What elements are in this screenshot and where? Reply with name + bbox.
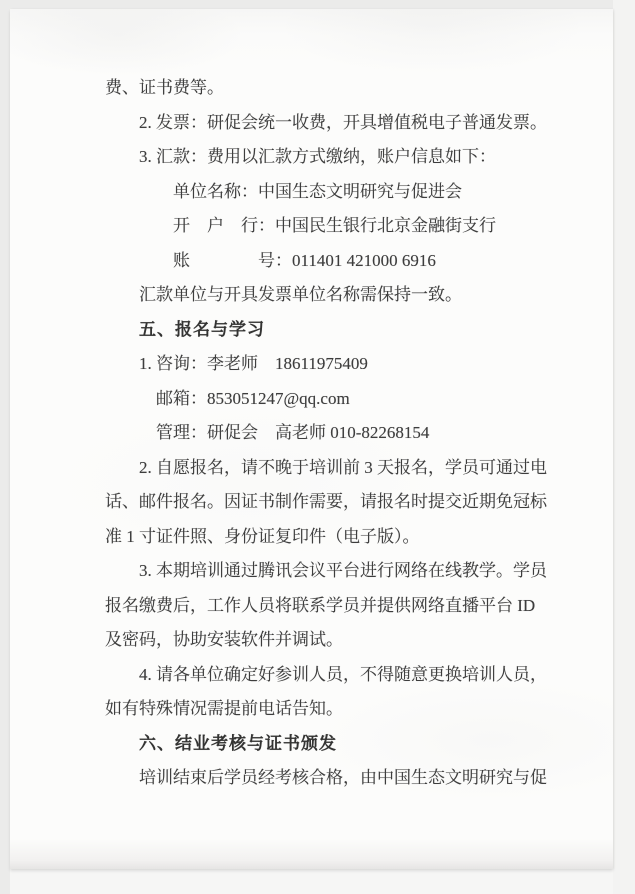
text-line: 单位名称：中国生态文明研究与促进会 bbox=[105, 175, 565, 210]
text-line: 2. 自愿报名，请不晚于培训前 3 天报名，学员可通过电 bbox=[105, 451, 565, 486]
text-line: 培训结束后学员经考核合格，由中国生态文明研究与促 bbox=[105, 761, 565, 796]
page-right-gap bbox=[613, 0, 635, 894]
text-line: 3. 本期培训通过腾讯会议平台进行网络在线教学。学员 bbox=[105, 554, 565, 589]
section-heading: 六、结业考核与证书颁发 bbox=[105, 727, 565, 762]
text-line: 1. 咨询：李老师 18611975409 bbox=[105, 347, 565, 382]
text-line: 开 户 行：中国民生银行北京金融街支行 bbox=[105, 209, 565, 244]
text-line: 账 号：011401 421000 6916 bbox=[105, 244, 565, 279]
text-line: 准 1 寸证件照、身份证复印件（电子版）。 bbox=[105, 520, 565, 555]
screenshot-root: { "viewer": { "outer_background": "#ebeb… bbox=[0, 0, 635, 894]
section-heading: 五、报名与学习 bbox=[105, 313, 565, 348]
page-bottom-gap bbox=[10, 869, 613, 894]
text-line: 及密码，协助安装软件并调试。 bbox=[105, 623, 565, 658]
text-line: 费、证书费等。 bbox=[105, 71, 565, 106]
document-viewer-background: 费、证书费等。2. 发票：研促会统一收费，开具增值税电子普通发票。3. 汇款：费… bbox=[0, 0, 635, 894]
text-line: 4. 请各单位确定好参训人员，不得随意更换培训人员， bbox=[105, 658, 565, 693]
document-text-block: 费、证书费等。2. 发票：研促会统一收费，开具增值税电子普通发票。3. 汇款：费… bbox=[105, 71, 565, 796]
text-line: 报名缴费后，工作人员将联系学员并提供网络直播平台 ID bbox=[105, 589, 565, 624]
text-line: 邮箱：853051247@qq.com bbox=[105, 382, 565, 417]
text-line: 管理：研促会 高老师 010-82268154 bbox=[105, 416, 565, 451]
text-line: 3. 汇款：费用以汇款方式缴纳，账户信息如下： bbox=[105, 140, 565, 175]
document-page: 费、证书费等。2. 发票：研促会统一收费，开具增值税电子普通发票。3. 汇款：费… bbox=[10, 9, 613, 869]
text-line: 2. 发票：研促会统一收费，开具增值税电子普通发票。 bbox=[105, 106, 565, 141]
text-line: 话、邮件报名。因证书制作需要，请报名时提交近期免冠标 bbox=[105, 485, 565, 520]
text-line: 如有特殊情况需提前电话告知。 bbox=[105, 692, 565, 727]
text-line: 汇款单位与开具发票单位名称需保持一致。 bbox=[105, 278, 565, 313]
